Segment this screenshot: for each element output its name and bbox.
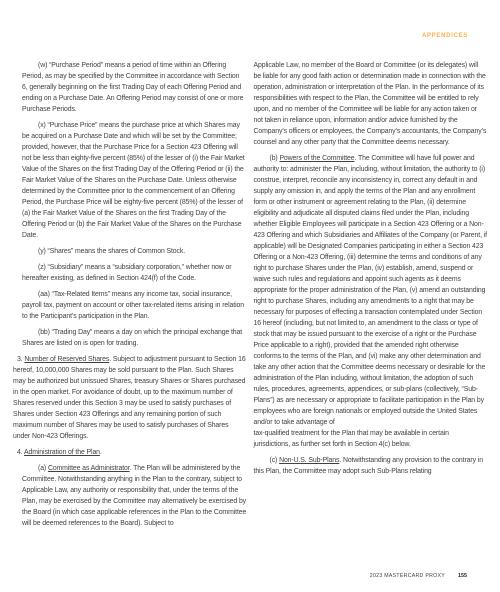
paragraph-text: . The Plan will be administered by the C… xyxy=(22,465,248,527)
page-number: 155 xyxy=(458,573,467,579)
paragraph: (b) Powers of the Committee. The Committ… xyxy=(254,153,488,450)
left-column: (w) “Purchase Period” means a period of … xyxy=(13,60,247,534)
paragraph: (w) “Purchase Period” means a period of … xyxy=(13,60,247,115)
paragraph: (y) “Shares” means the shares of Common … xyxy=(13,246,247,257)
appendices-header-label: APPENDICES xyxy=(422,33,468,39)
paragraph-text: (y) “Shares” means the shares of Common … xyxy=(38,248,185,255)
paragraph-text: 4. xyxy=(17,449,24,456)
paragraph-text: Applicable Law, no member of the Board o… xyxy=(254,62,489,146)
underlined-heading-text: Number of Reserved Shares xyxy=(24,356,109,363)
paragraph-text: (x) “Purchase Price” means the purchase … xyxy=(22,122,247,239)
paragraph: 3. Number of Reserved Shares. Subject to… xyxy=(13,354,247,442)
paragraph-text: (w) “Purchase Period” means a period of … xyxy=(22,62,245,113)
right-column: Applicable Law, no member of the Board o… xyxy=(254,60,488,534)
page-footer: 2023 MASTERCARD PROXY 155 xyxy=(370,573,467,579)
two-column-body: (w) “Purchase Period” means a period of … xyxy=(13,60,487,534)
paragraph: (bb) “Trading Day” means a day on which … xyxy=(13,327,247,349)
document-page: APPENDICES (w) “Purchase Period” means a… xyxy=(0,0,500,592)
paragraph-text: . Subject to adjustment pursuant to Sect… xyxy=(13,356,247,440)
underlined-heading-text: Powers of the Committee xyxy=(279,155,354,162)
paragraph-text: (b) xyxy=(270,155,280,162)
paragraph: (aa) “Tax-Related Items” means any incom… xyxy=(13,289,247,322)
paragraph-text: (c) xyxy=(270,457,280,464)
paragraph: (z) “Subsidiary” means a “subsidiary cor… xyxy=(13,262,247,284)
underlined-heading-text: Administration of the Plan xyxy=(24,449,100,456)
paragraph-text: . The Committee will have full power and… xyxy=(254,155,489,448)
paragraph: (x) “Purchase Price” means the purchase … xyxy=(13,120,247,241)
paragraph: (c) Non-U.S. Sub-Plans. Notwithstanding … xyxy=(254,455,488,477)
paragraph-text: (z) “Subsidiary” means a “subsidiary cor… xyxy=(22,264,233,282)
paragraph: (a) Committee as Administrator. The Plan… xyxy=(13,463,247,529)
paragraph: 4. Administration of the Plan. xyxy=(13,447,247,458)
paragraph-text: (a) xyxy=(38,465,48,472)
underlined-heading-text: Committee as Administrator xyxy=(48,465,130,472)
paragraph-text: (bb) “Trading Day” means a day on which … xyxy=(22,329,244,347)
paragraph: Applicable Law, no member of the Board o… xyxy=(254,60,488,148)
underlined-heading-text: Non-U.S. Sub-Plans xyxy=(279,457,339,464)
footer-proxy-label: 2023 MASTERCARD PROXY xyxy=(370,573,445,579)
paragraph-text: . xyxy=(100,449,102,456)
paragraph-text: (aa) “Tax-Related Items” means any incom… xyxy=(22,291,246,320)
